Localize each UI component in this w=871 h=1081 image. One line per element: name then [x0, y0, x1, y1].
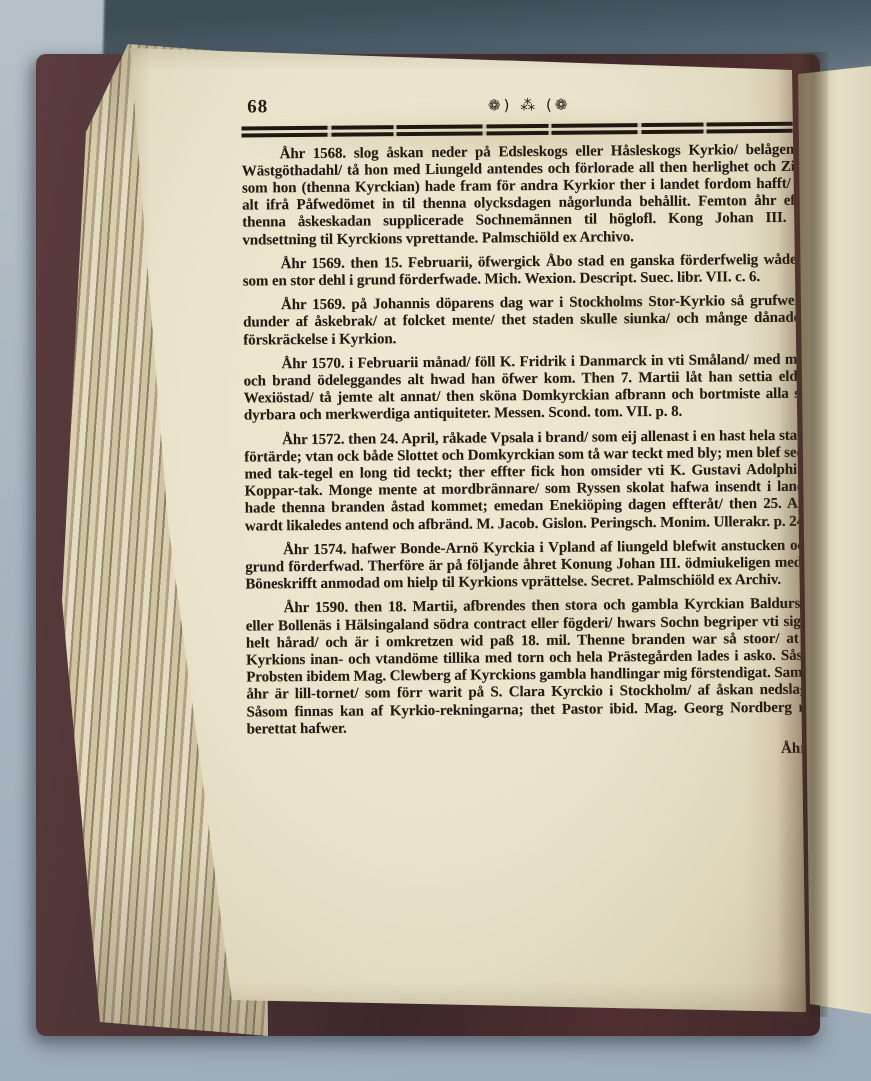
- page-text-block: 68 ❁) ⁂ (❁ Åhr 1568. slog åskan neder på…: [241, 89, 823, 762]
- photo-backdrop: 68 ❁) ⁂ (❁ Åhr 1568. slog åskan neder på…: [0, 0, 871, 1081]
- rule-bar: [241, 128, 817, 137]
- paragraph: Åhr 1568. slog åskan neder på Edsleskogs…: [242, 141, 819, 249]
- paragraph: Åhr 1590. then 18. Martii, afbrendes the…: [246, 596, 823, 739]
- paragraph: Åhr 1572. then 24. April, råkade Vpsala …: [244, 427, 821, 535]
- paragraph: Åhr 1569. på Johannis döparens dag war i…: [243, 293, 819, 350]
- catchword: Åhr: [247, 740, 823, 762]
- header-ornament: ❁) ⁂ (❁: [241, 89, 817, 116]
- page-header: 68 ❁) ⁂ (❁: [241, 89, 817, 124]
- book-page: 68 ❁) ⁂ (❁ Åhr 1568. slog åskan neder på…: [116, 42, 806, 1020]
- page-number: 68: [247, 96, 268, 118]
- paragraph: Åhr 1569. then 15. Februarii, öfwergick …: [243, 251, 819, 290]
- paragraph: Åhr 1574. hafwer Bonde-Arnö Kyrckia i Vp…: [245, 537, 821, 594]
- header-rule: [241, 121, 817, 137]
- facing-page-edge: [798, 66, 871, 1014]
- paragraph: Åhr 1570. i Februarii månad/ föll K. Fri…: [243, 351, 820, 425]
